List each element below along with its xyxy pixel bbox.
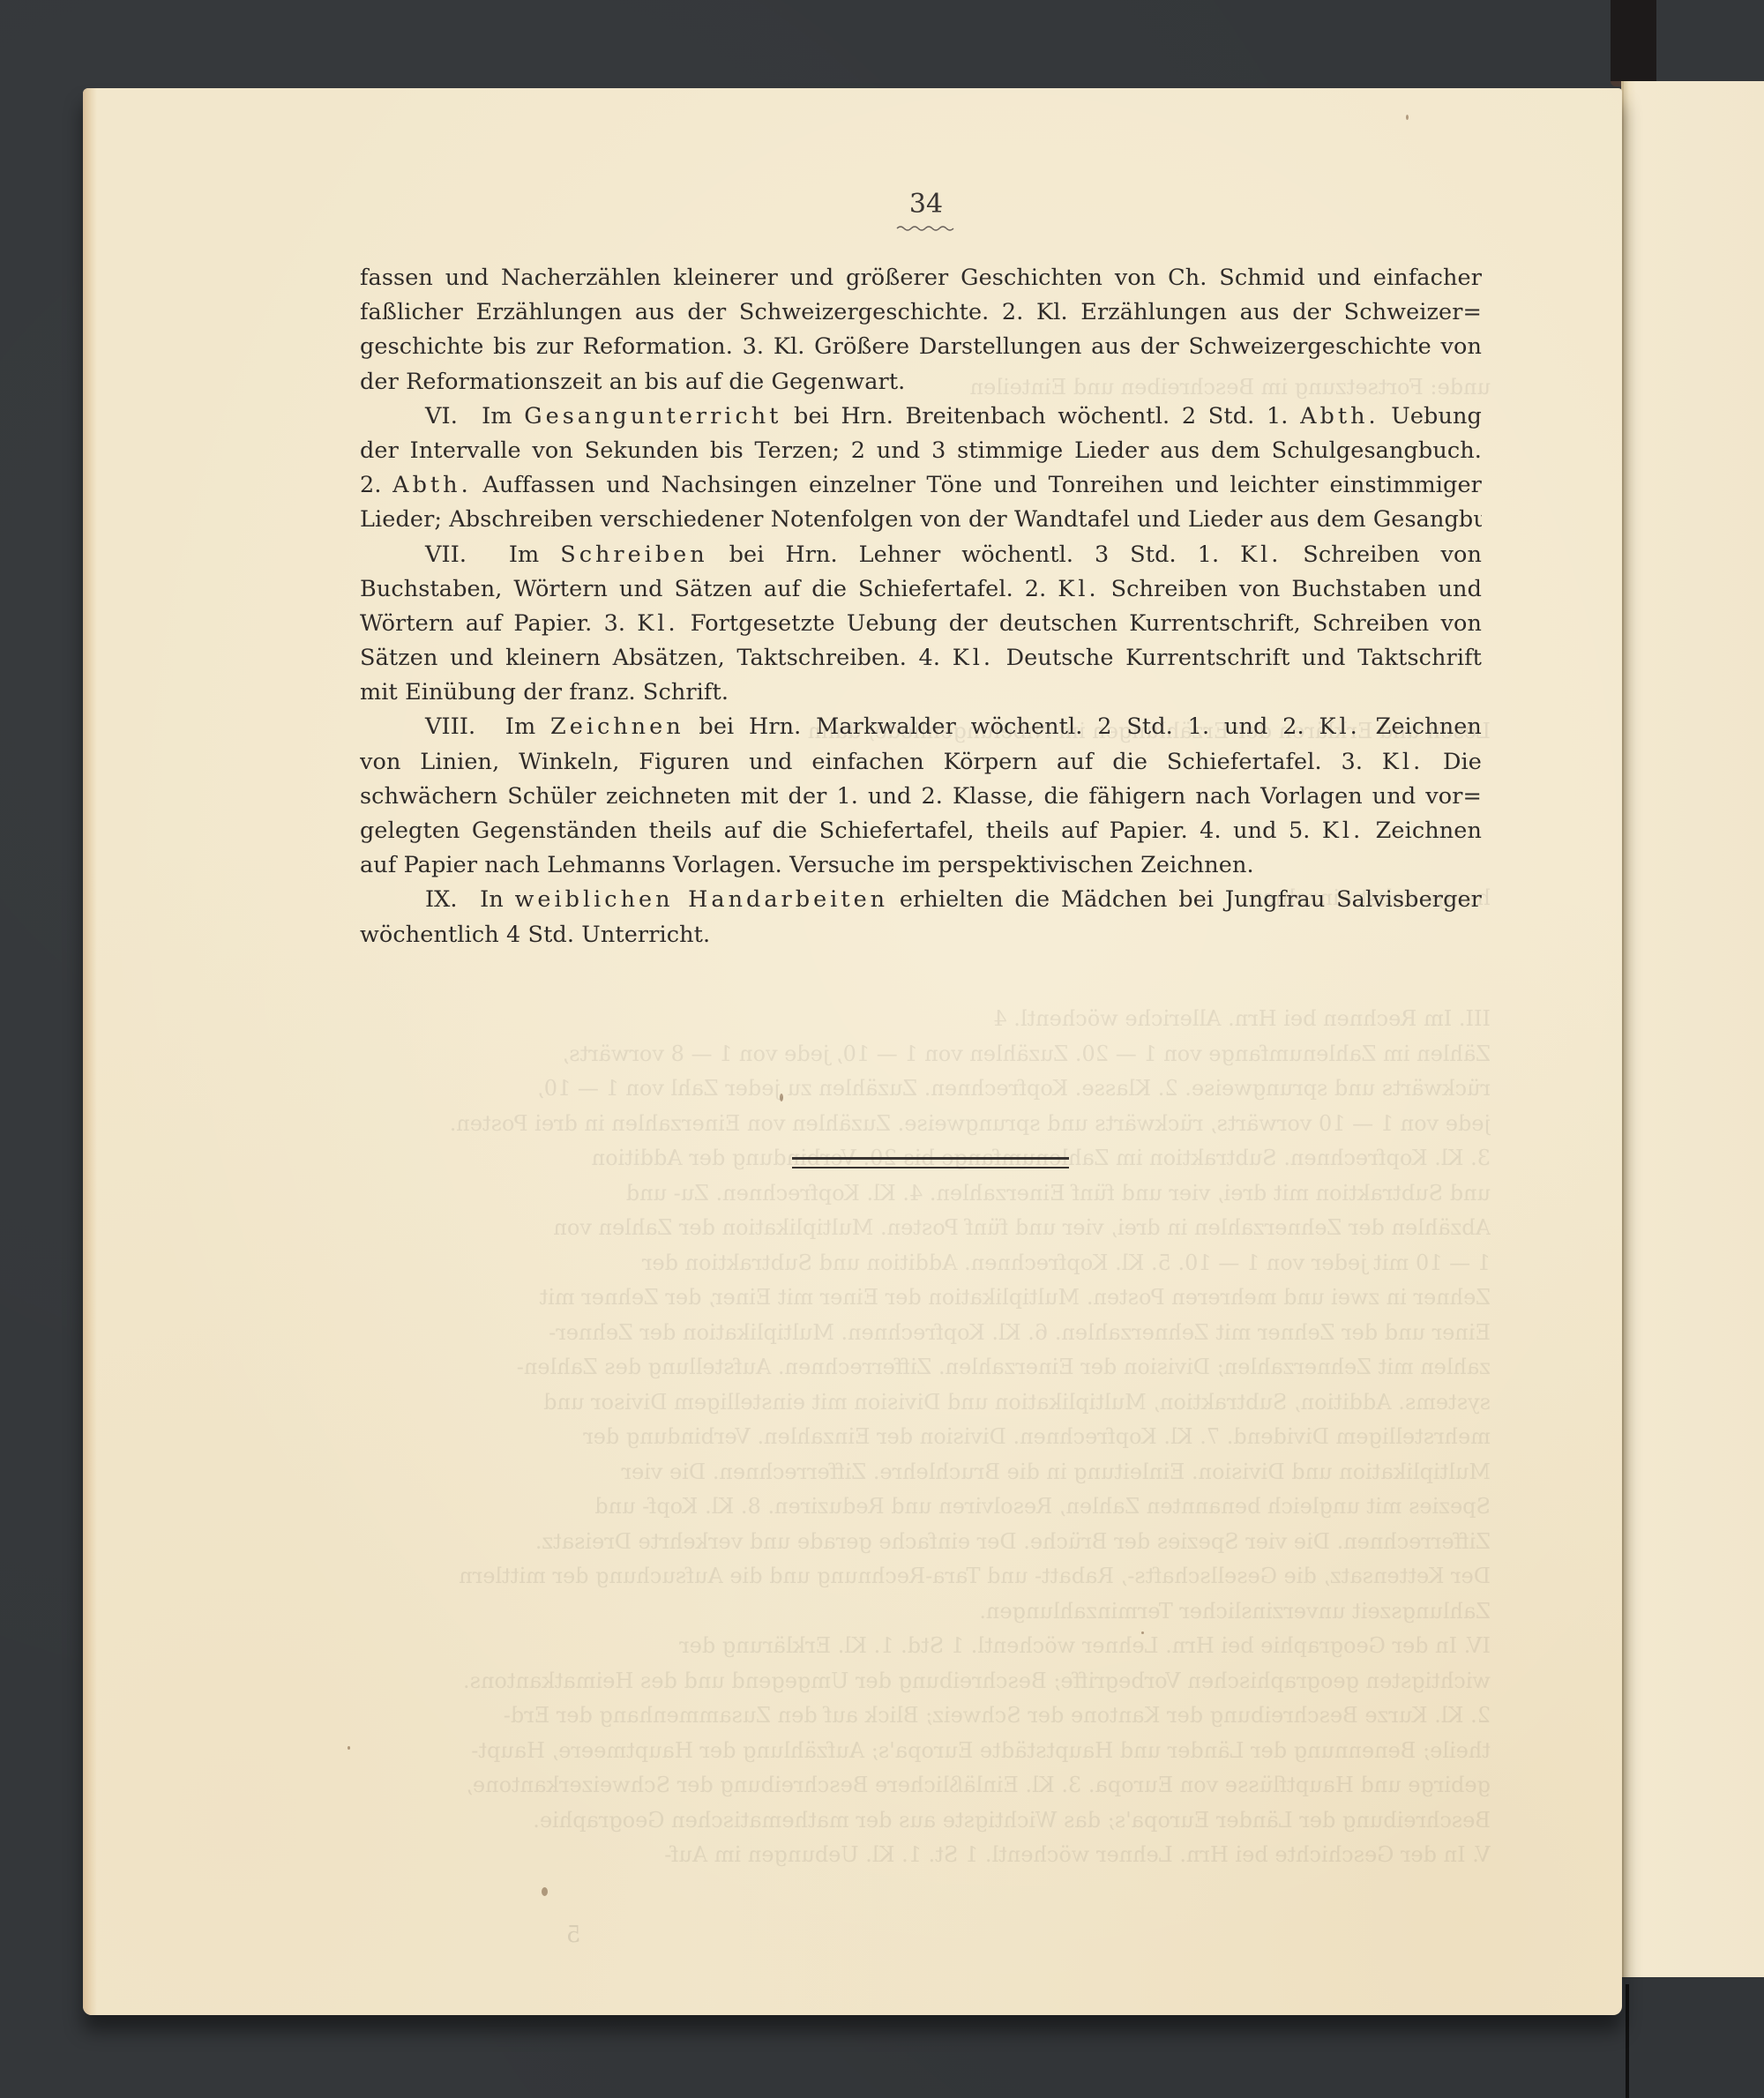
- text-line: Sätzen und kleinern Absätzen, Taktschrei…: [360, 641, 1482, 676]
- text-line: 2. Abth. Auffassen und Nachsingen einzel…: [360, 468, 1482, 503]
- page-number: 34: [891, 189, 961, 220]
- body-text: fassen und Nacherzählen kleinerer und gr…: [360, 261, 1482, 952]
- section-numeral: VII.: [425, 541, 467, 568]
- text-line: VI. Im Gesangunterricht bei Hrn. Breiten…: [360, 399, 1482, 434]
- verso-signature-mark: 5: [566, 1922, 581, 1948]
- subject-heading: Zeichnen: [550, 713, 684, 740]
- text-line: Lieder; Abschreiben verschiedener Notenf…: [360, 503, 1482, 537]
- bleed-through-lower: III. Im Rechnen bei Hrn. Alleriche wöche…: [362, 1002, 1491, 1873]
- book-spine: [1611, 0, 1656, 86]
- text-line: geschichte bis zur Reformation. 3. Kl. G…: [360, 330, 1482, 364]
- section-numeral: IX.: [425, 886, 458, 913]
- text-line: Buchstaben, Wörtern und Sätzen auf die S…: [360, 572, 1482, 607]
- text-line: der Reformationszeit an bis auf die Gege…: [360, 365, 1482, 399]
- subject-heading: Gesangunterricht: [524, 403, 781, 429]
- text-line: IX. In weiblichen Handarbeiten erhielten…: [360, 883, 1482, 917]
- section-vii-writing: VII. Im Schreiben bei Hrn. Lehner wöchen…: [360, 538, 1482, 711]
- text-line: mit Einübung der franz. Schrift.: [360, 676, 1482, 710]
- text-line: schwächern Schüler zeichneten mit der 1.…: [360, 780, 1482, 814]
- wavy-underline-ornament: [896, 224, 954, 231]
- section-viii-drawing: VIII. Im Zeichnen bei Hrn. Markwalder wö…: [360, 710, 1482, 883]
- text-line: Wörtern auf Papier. 3. Kl. Fortgesetzte …: [360, 607, 1482, 641]
- binding-gap: [1626, 1984, 1629, 2098]
- text-line: der Intervalle von Sekunden bis Terzen; …: [360, 434, 1482, 468]
- text-line: gelegten Gegenständen theils auf die Sch…: [360, 814, 1482, 848]
- section-numeral: VIII.: [425, 713, 475, 740]
- section-end-double-rule: [792, 1157, 1069, 1168]
- section-numeral: VI.: [425, 403, 458, 429]
- paragraph-continuation: fassen und Nacherzählen kleinerer und gr…: [360, 261, 1482, 399]
- text-line: wöchentlich 4 Std. Unterricht.: [360, 918, 1482, 952]
- adjacent-page-edge: [1621, 81, 1764, 1977]
- section-ix-needlework: IX. In weiblichen Handarbeiten erhielten…: [360, 883, 1482, 952]
- subject-heading: weiblichen Handarbeiten: [515, 886, 889, 913]
- section-vi-singing: VI. Im Gesangunterricht bei Hrn. Breiten…: [360, 399, 1482, 538]
- text-line: VIII. Im Zeichnen bei Hrn. Markwalder wö…: [360, 710, 1482, 744]
- text-line: faßlicher Erzählungen aus der Schweizerg…: [360, 295, 1482, 330]
- text-line: von Linien, Winkeln, Figuren und einfach…: [360, 745, 1482, 780]
- subject-heading: Schreiben: [560, 541, 707, 568]
- text-line: auf Papier nach Lehmanns Vorlagen. Versu…: [360, 848, 1482, 883]
- text-line: fassen und Nacherzählen kleinerer und gr…: [360, 261, 1482, 295]
- text-line: VII. Im Schreiben bei Hrn. Lehner wöchen…: [360, 538, 1482, 572]
